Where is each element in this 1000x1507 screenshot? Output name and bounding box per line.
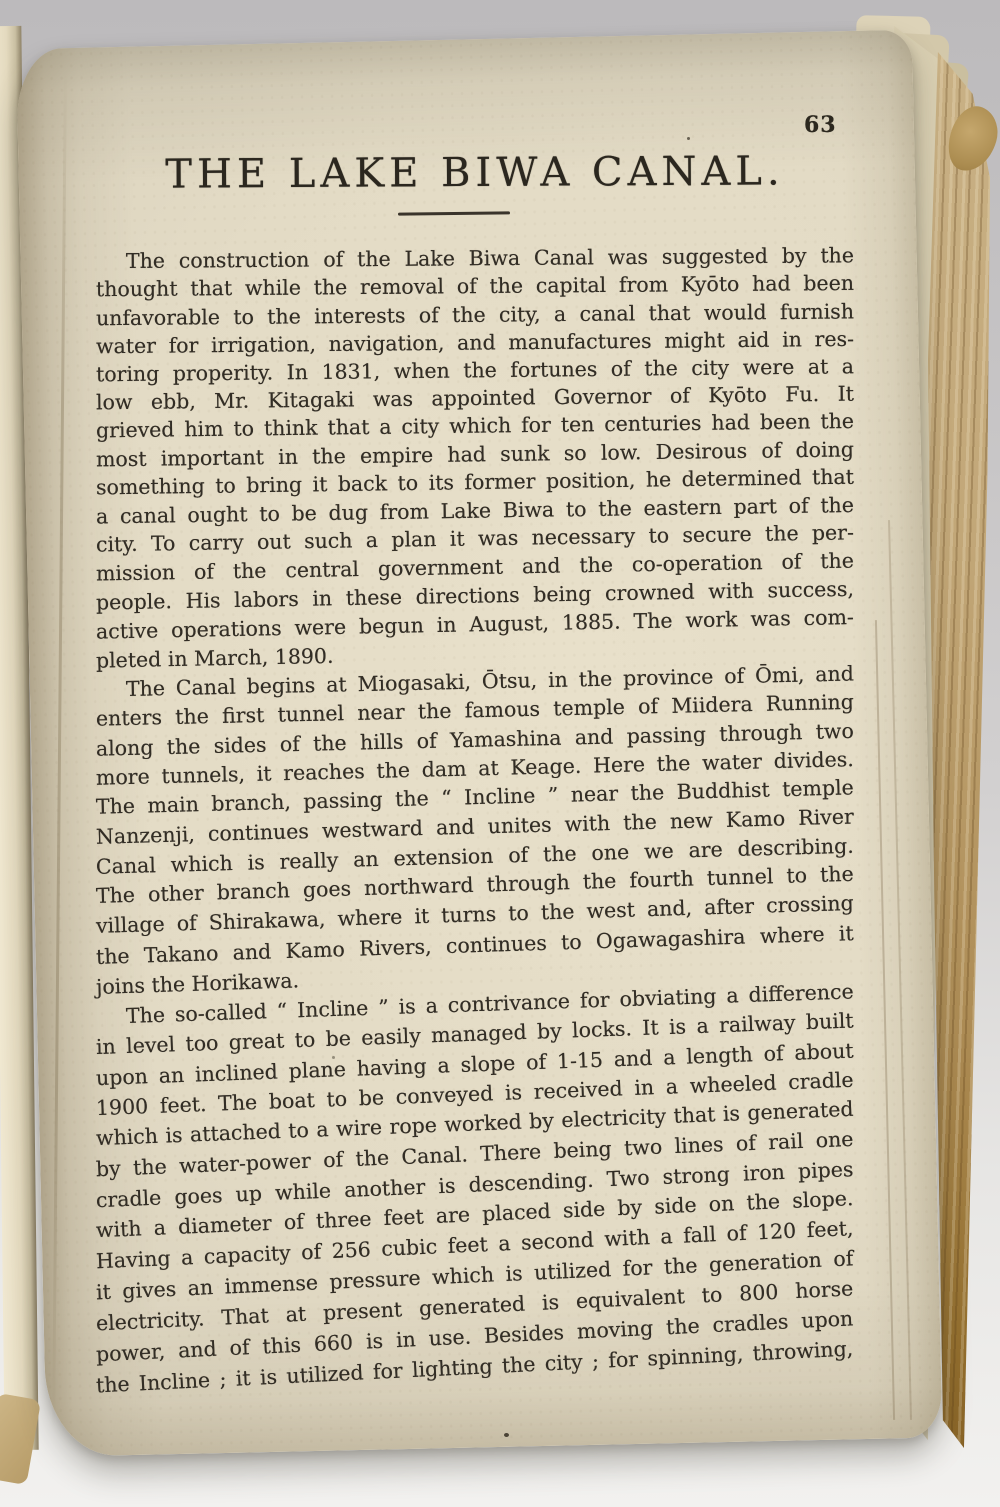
paragraph: The so-called “ Incline ” is a contrivan… bbox=[96, 1001, 854, 1400]
page-number: 63 bbox=[804, 112, 837, 138]
page-content: 63 THE LAKE BIWA CANAL. The construction… bbox=[0, 0, 1000, 1507]
book-photo: 63 THE LAKE BIWA CANAL. The construction… bbox=[0, 0, 1000, 1507]
paragraph: The construction of the Lake Biwa Canal … bbox=[96, 248, 854, 675]
page-body: The construction of the Lake Biwa Canal … bbox=[96, 248, 854, 1401]
title-rule bbox=[398, 211, 510, 215]
page-title: THE LAKE BIWA CANAL. bbox=[96, 148, 854, 198]
paragraph: The Canal begins at Miogasaki, Ōtsu, in … bbox=[96, 675, 854, 1001]
